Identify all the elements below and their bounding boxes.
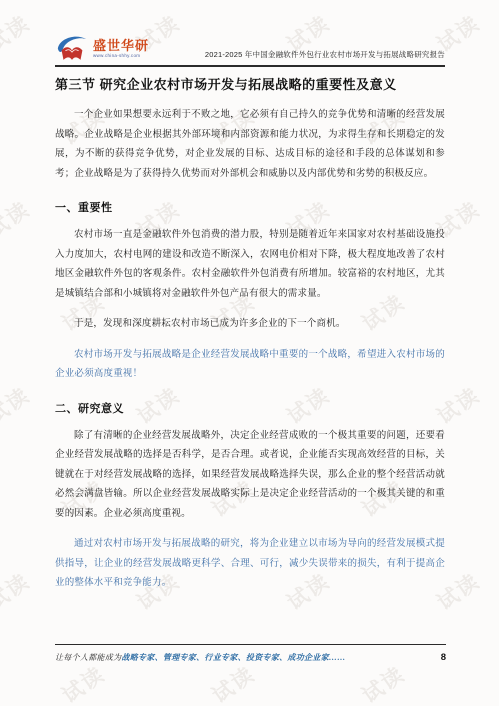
heading-significance: 二、研究意义 [55, 400, 445, 416]
footer-slogan-highlight: 战略专家、管理专家、行业专家、投资专家、成功企业家…… [121, 653, 345, 662]
paragraph-significance-highlight: 通过对农村市场开发与拓展战略的研究，将为企业建立以市场为导向的经营发展模式提供指… [55, 535, 445, 594]
page-number: 8 [441, 652, 446, 663]
footer-slogan: 让每个人都能成为战略专家、管理专家、行业专家、投资专家、成功企业家…… [55, 652, 346, 663]
paragraph-intro: 一个企业如果想要永远利于不败之地，它必须有自己持久的竞争优势和清晰的经营发展战略… [55, 106, 445, 184]
brand-text-block: 盛世华研 www.china-shhy.com [93, 39, 149, 59]
page-content: 盛世华研 www.china-shhy.com 2021-2025 年中国金融软… [0, 0, 499, 594]
brand-name: 盛世华研 [93, 39, 149, 52]
watermark-text: 试读 [206, 659, 261, 706]
report-title: 2021-2025 年中国金融软件外包行业农村市场开发与拓展战略研究报告 [205, 49, 445, 63]
footer-slogan-prefix: 让每个人都能成为 [55, 653, 121, 662]
watermark-text: 试读 [356, 659, 411, 706]
watermark-text: 试读 [56, 659, 111, 706]
heading-importance: 一、重要性 [55, 199, 445, 215]
paragraph-importance-highlight: 农村市场开发与拓展战略是企业经营发展战略中重要的一个战略，希望进入农村市场的企业… [55, 346, 445, 385]
page-header: 盛世华研 www.china-shhy.com 2021-2025 年中国金融软… [55, 0, 445, 67]
paragraph-importance-1: 农村市场一直是金融软件外包消费的潜力股，特别是随着近年来国家对农村基础设施投入力… [55, 226, 445, 304]
report-page: 试读试读试读试读试读试读试读试读试读试读试读试读试读试读试读试读试读试读试读试读… [0, 0, 499, 706]
page-footer: 让每个人都能成为战略专家、管理专家、行业专家、投资专家、成功企业家…… 8 [55, 644, 446, 663]
section-title: 第三节 研究企业农村市场开发与拓展战略的重要性及意义 [55, 74, 445, 93]
paragraph-importance-2: 于是，发现和深度耕耘农村市场已成为许多企业的下一个商机。 [55, 315, 445, 335]
brand-url: www.china-shhy.com [93, 54, 149, 59]
paragraph-significance-1: 除了有清晰的企业经营发展战略外，决定企业经营成败的一个极其重要的问题，还要看企业… [55, 427, 445, 525]
company-logo: 盛世华研 www.china-shhy.com [55, 34, 149, 63]
logo-book-swoosh-icon [55, 34, 89, 63]
